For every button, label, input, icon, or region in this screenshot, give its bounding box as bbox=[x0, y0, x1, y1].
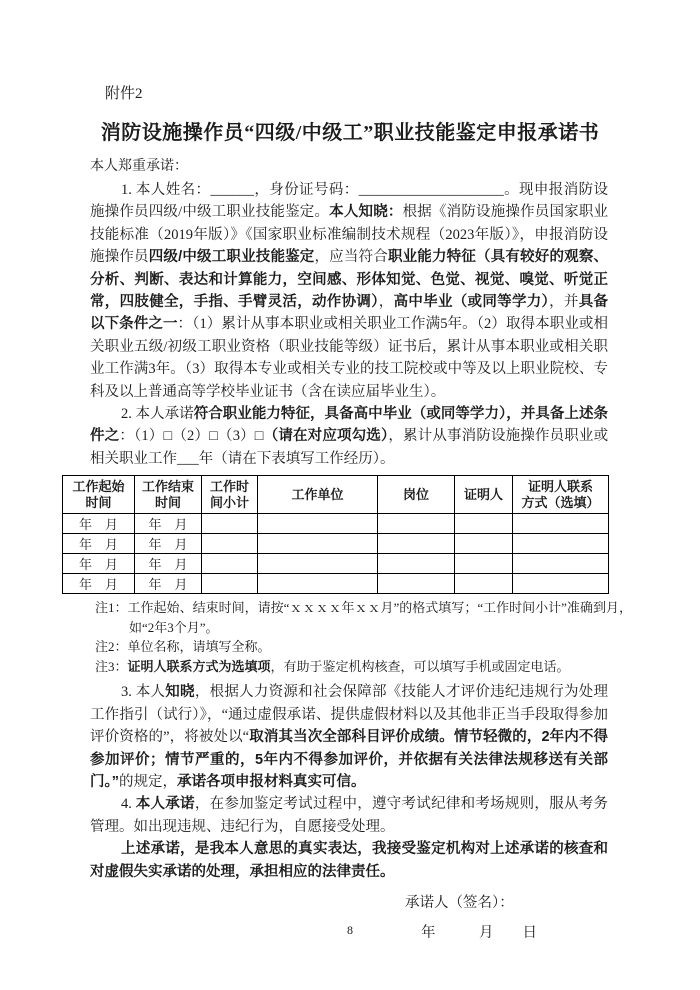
table-cell bbox=[378, 554, 455, 574]
text-run: 上述承诺，是我本人意思的真实表达，我接受鉴定机构对上述承诺的核查和对虚假失实承诺… bbox=[90, 841, 608, 879]
table-cell bbox=[258, 554, 378, 574]
text-run: ，有助于鉴定机构核查，可以填写手机或固定电话。 bbox=[271, 659, 570, 674]
paragraph-3-rules: 3. 本人知晓，根据人力资源和社会保障部《技能人才评价违纪违规行为处理工作指引（… bbox=[90, 681, 608, 793]
table-cell bbox=[202, 514, 258, 534]
text-run: 承诺各项申报材料真实可信。 bbox=[177, 774, 366, 790]
table-header-cell: 工作起始 时间 bbox=[63, 476, 135, 514]
table-body: 年 月年 月年 月年 月年 月年 月年 月年 月 bbox=[63, 514, 609, 594]
text-run: ， bbox=[379, 294, 394, 310]
name-blank: ______ bbox=[210, 182, 254, 198]
years-blank: ___ bbox=[177, 451, 199, 467]
table-cell bbox=[455, 534, 513, 554]
text-run: ：（1） bbox=[119, 428, 163, 444]
table-cell bbox=[378, 534, 455, 554]
table-row: 年 月年 月 bbox=[63, 514, 609, 534]
table-cell: 年 月 bbox=[135, 514, 202, 534]
table-cell bbox=[202, 574, 258, 594]
table-row: 年 月年 月 bbox=[63, 534, 609, 554]
table-cell bbox=[513, 514, 609, 534]
paragraph-1-identity: 1. 本人姓名：______，身份证号码：___________________… bbox=[90, 179, 608, 403]
note-3: 注3：证明人联系方式为选填项，有助于鉴定机构核查，可以填写手机或固定电话。 bbox=[95, 657, 632, 677]
table-cell bbox=[378, 574, 455, 594]
note-1-text: 工作起始、结束时间，请按“ｘｘｘｘ年ｘｘ月”的格式填写；“工作时间小计”准确到月… bbox=[128, 600, 632, 635]
checkbox-condition-2: □ bbox=[209, 428, 218, 444]
document-title: 消防设施操作员“四级/中级工”职业技能鉴定申报承诺书 bbox=[36, 120, 664, 147]
text-run: 2. 本人承诺 bbox=[121, 406, 194, 422]
table-header-row: 工作起始 时间工作结束 时间工作时 间小计工作单位岗位证明人证明人联系 方式（选… bbox=[63, 476, 609, 514]
table-cell bbox=[455, 554, 513, 574]
text-run: 本人承诺 bbox=[136, 796, 195, 812]
table-header-cell: 工作时 间小计 bbox=[202, 476, 258, 514]
table-cell bbox=[258, 534, 378, 554]
table-cell bbox=[378, 514, 455, 534]
id-number-blank: ____________________ bbox=[359, 182, 504, 198]
table-cell bbox=[455, 514, 513, 534]
text-run: 本人知晓： bbox=[329, 204, 402, 220]
table-cell: 年 月 bbox=[63, 554, 135, 574]
note-2: 注2：单位名称，请填写全称。 bbox=[95, 637, 632, 657]
text-run: ，应当符合 bbox=[315, 249, 388, 265]
note-2-label: 注2： bbox=[95, 639, 128, 654]
note-1-label: 注1： bbox=[95, 600, 128, 615]
opening-line: 本人郑重承诺： bbox=[90, 156, 608, 177]
text-run: 工作起始、结束时间，请按“ｘｘｘｘ年ｘｘ月”的格式填写；“工作时间小计”准确到月… bbox=[128, 600, 632, 635]
signer-label: 承诺人（签名）： bbox=[405, 892, 700, 914]
table-header-cell: 证明人联系 方式（选填） bbox=[513, 476, 609, 514]
table-cell: 年 月 bbox=[63, 534, 135, 554]
table-cell bbox=[202, 554, 258, 574]
table-header-cell: 工作单位 bbox=[258, 476, 378, 514]
note-3-label: 注3： bbox=[95, 659, 128, 674]
table-cell bbox=[513, 574, 609, 594]
note-3-text: 证明人联系方式为选填项，有助于鉴定机构核查，可以填写手机或固定电话。 bbox=[128, 659, 570, 674]
table-cell: 年 月 bbox=[135, 574, 202, 594]
text-run: 四级/中级工职业技能鉴定 bbox=[149, 249, 315, 265]
table-cell bbox=[513, 554, 609, 574]
notes-block: 注1：工作起始、结束时间，请按“ｘｘｘｘ年ｘｘ月”的格式填写；“工作时间小计”准… bbox=[95, 598, 632, 676]
text-run: 3. 本人 bbox=[121, 684, 165, 700]
text-run: 1. 本人姓名： bbox=[121, 182, 210, 198]
table-cell bbox=[513, 534, 609, 554]
attachment-label: 附件2 bbox=[105, 84, 700, 105]
text-run: （请在对应项勾选） bbox=[264, 428, 389, 444]
note-1: 注1：工作起始、结束时间，请按“ｘｘｘｘ年ｘｘ月”的格式填写；“工作时间小计”准… bbox=[95, 598, 632, 637]
work-history-table: 工作起始 时间工作结束 时间工作时 间小计工作单位岗位证明人证明人联系 方式（选… bbox=[62, 475, 609, 594]
table-row: 年 月年 月 bbox=[63, 554, 609, 574]
document-page: 附件2 消防设施操作员“四级/中级工”职业技能鉴定申报承诺书 本人郑重承诺： 1… bbox=[0, 0, 700, 990]
table-row: 年 月年 月 bbox=[63, 574, 609, 594]
table-cell: 年 月 bbox=[135, 534, 202, 554]
table-cell bbox=[258, 574, 378, 594]
paragraph-4-exam-discipline: 4. 本人承诺，在参加鉴定考试过程中，遵守考试纪律和考场规则，服从考务管理。如出… bbox=[90, 793, 608, 838]
paragraph-2-conditions: 2. 本人承诺符合职业能力特征，具备高中毕业（或同等学力），并具备上述条件之：（… bbox=[90, 403, 608, 470]
table-cell: 年 月 bbox=[63, 574, 135, 594]
page-number: 8 bbox=[0, 923, 700, 938]
text-run: 证明人联系方式为选填项 bbox=[128, 659, 271, 674]
note-2-text: 单位名称，请填写全称。 bbox=[128, 639, 271, 654]
text-run: 年（请在下表填写工作经历）。 bbox=[199, 451, 395, 467]
text-run: （2） bbox=[172, 428, 209, 444]
table-cell bbox=[202, 534, 258, 554]
text-run: 的规定， bbox=[119, 774, 177, 790]
text-run: 单位名称，请填写全称。 bbox=[128, 639, 271, 654]
table-header-cell: 证明人 bbox=[455, 476, 513, 514]
table-cell: 年 月 bbox=[135, 554, 202, 574]
checkbox-condition-3: □ bbox=[255, 428, 264, 444]
table-header-cell: 岗位 bbox=[378, 476, 455, 514]
text-run: 4. bbox=[121, 796, 136, 812]
table-cell: 年 月 bbox=[63, 514, 135, 534]
table-cell bbox=[455, 574, 513, 594]
table-cell bbox=[258, 514, 378, 534]
text-run: 知晓 bbox=[165, 684, 195, 700]
text-run: 高中毕业（或同等学力） bbox=[394, 294, 550, 310]
text-run: ，并 bbox=[549, 294, 579, 310]
table-header-cell: 工作结束 时间 bbox=[135, 476, 202, 514]
closing-statement: 上述承诺，是我本人意思的真实表达，我接受鉴定机构对上述承诺的核查和对虚假失实承诺… bbox=[90, 838, 608, 883]
text-run: （3） bbox=[218, 428, 255, 444]
text-run: ，身份证号码： bbox=[254, 182, 359, 198]
